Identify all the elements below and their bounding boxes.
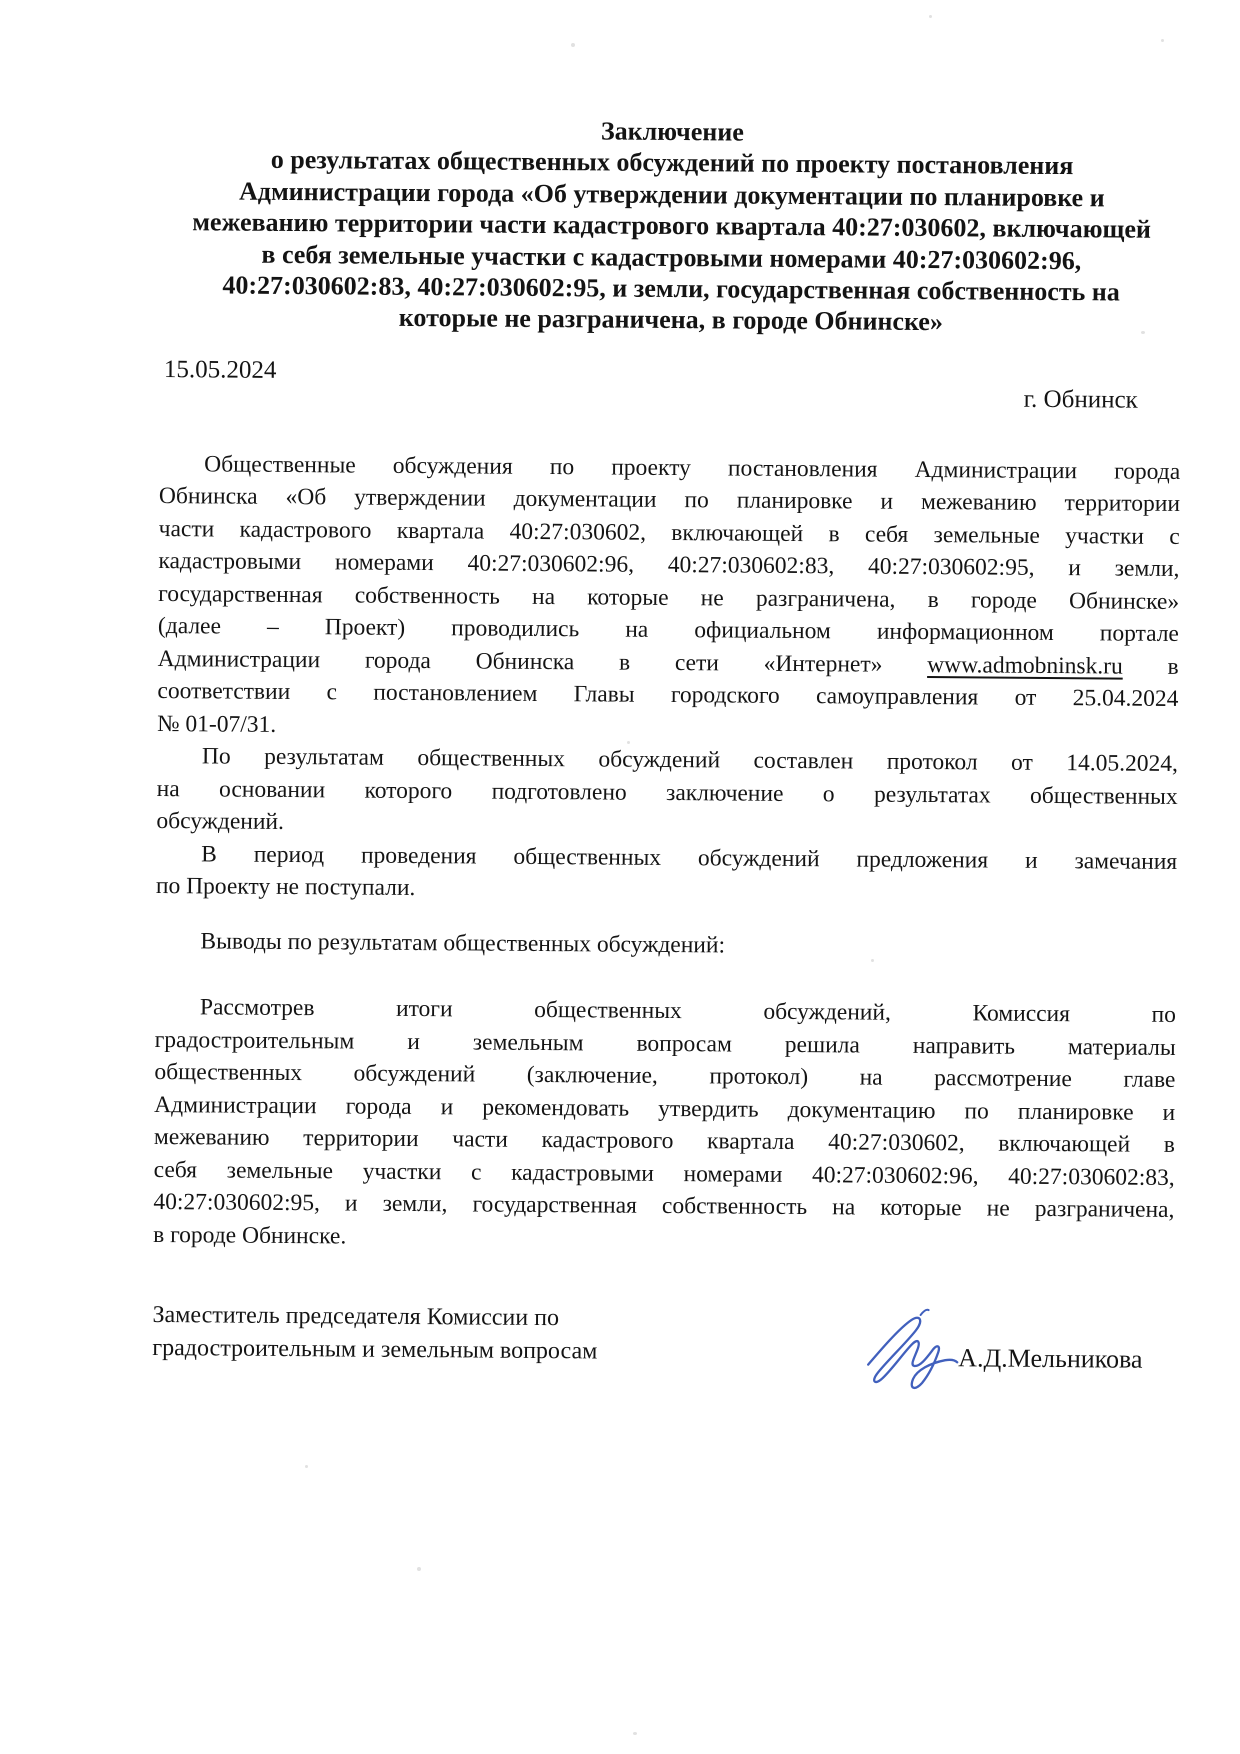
link-line-suffix: в <box>1167 654 1178 680</box>
handwritten-signature-icon <box>864 1307 960 1403</box>
signer-position: Заместитель председателя Комиссии по гра… <box>152 1299 673 1369</box>
document-date: 15.05.2024 <box>164 356 277 385</box>
portal-url-link: www.admobninsk.ru <box>927 652 1123 680</box>
conclusions-heading: Выводы по результатам общественных обсуж… <box>155 925 1176 966</box>
signer-position-line: Заместитель председателя Комиссии по <box>152 1299 672 1336</box>
paragraph-protocol: По результатам общественных обсуждений с… <box>156 740 1178 846</box>
paragraph-conclusions: Рассмотрев итоги общественных обсуждений… <box>153 991 1176 1259</box>
document-title: Заключение о результатах общественных об… <box>160 112 1183 340</box>
paragraph-public-discussions: Общественные обсуждения по проекту поста… <box>157 448 1180 749</box>
date-city-row: 15.05.2024 г. Обнинск <box>160 356 1181 426</box>
link-line-prefix: Администрации города Обнинска в сети «Ин… <box>158 646 883 678</box>
document-content: Заключение о результатах общественных об… <box>152 112 1183 1417</box>
document-city: г. Обнинск <box>1024 386 1138 415</box>
heading-line: Выводы по результатам общественных обсуж… <box>155 925 1176 966</box>
scanned-document-page: Заключение о результатах общественных об… <box>0 0 1240 1754</box>
signer-position-line: градостроительным и земельным вопросам <box>152 1332 672 1369</box>
signature-block: Заместитель председателя Комиссии по гра… <box>152 1299 1174 1417</box>
paragraph-no-proposals: В период проведения общественных обсужде… <box>156 838 1177 911</box>
signer-name: А.Д.Мельникова <box>958 1342 1143 1376</box>
